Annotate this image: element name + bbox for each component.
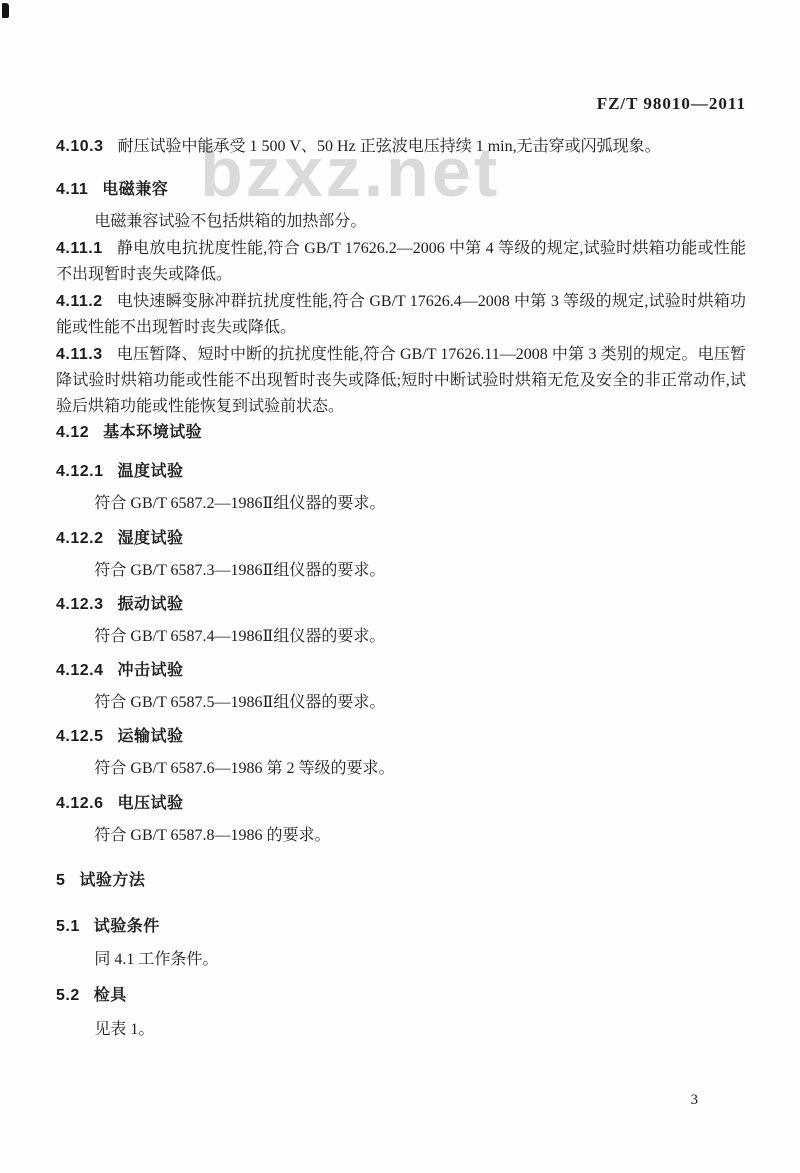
- heading-5-1: 5.1试验条件: [56, 914, 746, 940]
- heading-4-12: 4.12基本环境试验: [56, 420, 746, 446]
- heading-title: 温度试验: [117, 463, 183, 480]
- heading-4-12-5: 4.12.5运输试验: [56, 724, 746, 750]
- heading-number: 5: [56, 872, 65, 889]
- scan-artifact: [2, 3, 9, 18]
- heading-title: 基本环境试验: [103, 424, 202, 441]
- paragraph-5-1: 同 4.1 工作条件。: [56, 947, 746, 973]
- heading-number: 4.12.1: [56, 463, 103, 480]
- paragraph-4-12-3: 符合 GB/T 6587.4—1986Ⅱ组仪器的要求。: [56, 624, 746, 650]
- paragraph-4-12-2: 符合 GB/T 6587.3—1986Ⅱ组仪器的要求。: [56, 558, 746, 584]
- heading-number: 4.12: [56, 424, 89, 441]
- clause-text: 电快速瞬变脉冲群抗扰度性能,符合 GB/T 17626.4—2008 中第 3 …: [56, 293, 746, 336]
- heading-title: 电磁兼容: [102, 181, 168, 198]
- heading-number: 5.1: [56, 918, 80, 935]
- heading-title: 湿度试验: [117, 530, 183, 547]
- heading-number: 4.12.2: [56, 530, 103, 547]
- heading-5-2: 5.2检具: [56, 983, 746, 1009]
- heading-4-12-2: 4.12.2湿度试验: [56, 526, 746, 552]
- heading-5: 5试验方法: [56, 868, 746, 894]
- paragraph-4-12-6: 符合 GB/T 6587.8—1986 的要求。: [56, 823, 746, 849]
- heading-number: 5.2: [56, 987, 80, 1004]
- document-body: 4.10.3耐压试验中能承受 1 500 V、50 Hz 正弦波电压持续 1 m…: [56, 134, 746, 1043]
- paragraph-4-12-4: 符合 GB/T 6587.5—1986Ⅱ组仪器的要求。: [56, 690, 746, 716]
- clause-text: 电压暂降、短时中断的抗扰度性能,符合 GB/T 17626.11—2008 中第…: [56, 346, 746, 415]
- paragraph-4-12-1: 符合 GB/T 6587.2—1986Ⅱ组仪器的要求。: [56, 491, 746, 517]
- heading-title: 试验方法: [79, 872, 145, 889]
- clause-4-10-3: 4.10.3耐压试验中能承受 1 500 V、50 Hz 正弦波电压持续 1 m…: [56, 134, 746, 160]
- heading-title: 电压试验: [117, 795, 183, 812]
- heading-4-11: 4.11电磁兼容: [56, 177, 746, 203]
- clause-text: 静电放电抗扰度性能,符合 GB/T 17626.2—2006 中第 4 等级的规…: [56, 240, 746, 283]
- clause-4-11-2: 4.11.2电快速瞬变脉冲群抗扰度性能,符合 GB/T 17626.4—2008…: [56, 289, 746, 341]
- heading-4-12-6: 4.12.6电压试验: [56, 791, 746, 817]
- document-page: bzxz.net FZ/T 98010—2011 4.10.3耐压试验中能承受 …: [0, 0, 800, 1173]
- heading-number: 4.11: [56, 181, 88, 198]
- clause-number: 4.11.2: [56, 293, 103, 310]
- standard-code-header: FZ/T 98010—2011: [597, 94, 746, 114]
- heading-title: 检具: [94, 987, 127, 1004]
- clause-number: 4.11.1: [56, 240, 103, 257]
- clause-number: 4.11.3: [56, 346, 103, 363]
- clause-text: 耐压试验中能承受 1 500 V、50 Hz 正弦波电压持续 1 min,无击穿…: [117, 138, 660, 155]
- paragraph-4-11: 电磁兼容试验不包括烘箱的加热部分。: [56, 209, 746, 235]
- page-number: 3: [691, 1092, 699, 1109]
- heading-number: 4.12.3: [56, 596, 103, 613]
- paragraph-4-12-5: 符合 GB/T 6587.6—1986 第 2 等级的要求。: [56, 756, 746, 782]
- heading-number: 4.12.5: [56, 728, 103, 745]
- heading-4-12-3: 4.12.3振动试验: [56, 592, 746, 618]
- heading-4-12-4: 4.12.4冲击试验: [56, 658, 746, 684]
- heading-title: 运输试验: [117, 728, 183, 745]
- clause-number: 4.10.3: [56, 138, 103, 155]
- heading-4-12-1: 4.12.1温度试验: [56, 459, 746, 485]
- heading-title: 冲击试验: [117, 662, 183, 679]
- paragraph-5-2: 见表 1。: [56, 1017, 746, 1043]
- clause-4-11-1: 4.11.1静电放电抗扰度性能,符合 GB/T 17626.2—2006 中第 …: [56, 236, 746, 288]
- heading-number: 4.12.4: [56, 662, 103, 679]
- heading-number: 4.12.6: [56, 795, 103, 812]
- clause-4-11-3: 4.11.3电压暂降、短时中断的抗扰度性能,符合 GB/T 17626.11—2…: [56, 342, 746, 420]
- heading-title: 振动试验: [117, 596, 183, 613]
- heading-title: 试验条件: [94, 918, 160, 935]
